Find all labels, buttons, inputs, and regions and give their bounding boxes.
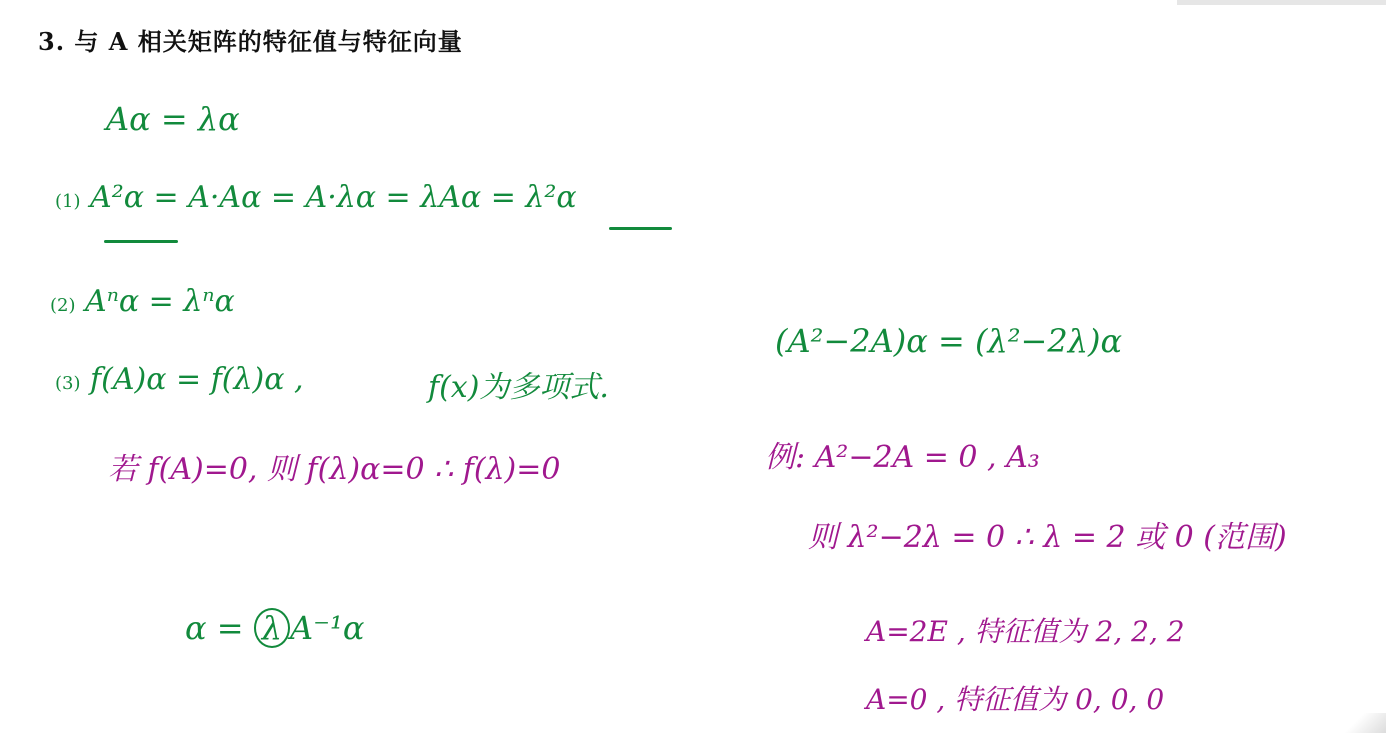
case-zero: A=0 , 特征值为 0, 0, 0	[866, 678, 1164, 718]
underline-left	[104, 240, 178, 243]
item-3-label: (3)	[55, 373, 81, 394]
circled-lambda: λ	[254, 608, 290, 648]
item-1-row: (1) A²α = A·Aα = A·λα = λAα = λ²α	[55, 180, 577, 215]
item-2-row: (2) Aⁿα = λⁿα	[50, 284, 235, 319]
inverse-right: A⁻¹α	[290, 609, 364, 647]
item-2-label: (2)	[50, 295, 76, 316]
definition-equation: Aα = λα	[106, 100, 240, 138]
case-2e: A=2E , 特征值为 2, 2, 2	[866, 610, 1185, 650]
item-1-equation: A²α = A·Aα = A·λα = λAα = λ²α	[90, 180, 577, 215]
example-given: 例: A²−2A = 0 , A₃	[765, 432, 1040, 476]
corner-shadow	[1336, 713, 1386, 733]
item-2-equation: Aⁿα = λⁿα	[85, 284, 235, 319]
item-3-equation: f(A)α = f(λ)α ,	[90, 362, 304, 397]
top-toolbar-strip	[1177, 0, 1386, 5]
if-zero-statement: 若 f(A)=0, 则 f(λ)α=0 ∴ f(λ)=0	[108, 444, 560, 488]
underline-right	[609, 227, 672, 230]
example-conclusion: 则 λ²−2λ = 0 ∴ λ = 2 或 0 (范围)	[808, 512, 1287, 556]
item-3-row: (3) f(A)α = f(λ)α ,	[55, 362, 304, 397]
inverse-left: α =	[185, 609, 254, 647]
section-heading: 3. 与 A 相关矩阵的特征值与特征向量	[38, 22, 463, 57]
inverse-relation: α = λA⁻¹α	[185, 608, 364, 648]
item-1-label: (1)	[55, 191, 81, 212]
example-identity: (A²−2A)α = (λ²−2λ)α	[775, 322, 1122, 360]
item-3-note: f(x)为多项式.	[428, 362, 609, 406]
